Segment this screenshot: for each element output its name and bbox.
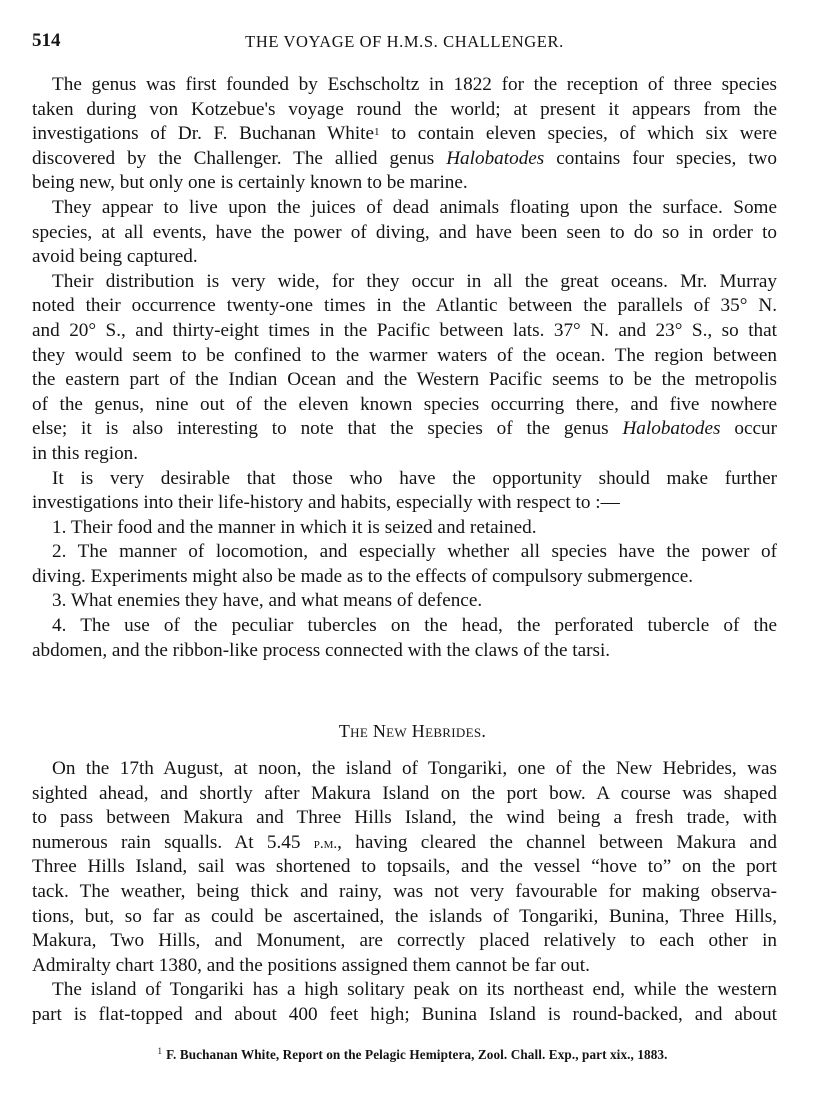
text-line: 2. The manner of locomotion, and especia… xyxy=(32,540,777,565)
list-item: 2. The manner of locomotion, and especia… xyxy=(32,540,777,589)
text-line: species, at all events, have the power o… xyxy=(32,221,777,246)
text-line: else; it is also interesting to note tha… xyxy=(32,417,777,442)
text-line: diving. Experiments might also be made a… xyxy=(32,565,777,590)
text-line: part is flat-topped and about 400 feet h… xyxy=(32,1003,777,1028)
text-run: else; it is also interesting to note tha… xyxy=(32,418,622,439)
list-number: 3. xyxy=(52,590,66,611)
text-line: abdomen, and the ribbon-like process con… xyxy=(32,639,777,664)
text-line: 3. What enemies they have, and what mean… xyxy=(32,589,777,614)
text-line: 1. Their food and the manner in which it… xyxy=(32,516,777,541)
text-line: and 20° S., and thirty-eight times in th… xyxy=(32,319,777,344)
text-line: noted their occurrence twenty-one times … xyxy=(32,294,777,319)
footnote-ref[interactable]: 1 xyxy=(374,126,380,138)
text-line: tions, but, so far as could be ascertain… xyxy=(32,905,777,930)
list-item: 1. Their food and the manner in which it… xyxy=(32,516,777,541)
list-item: 4. The use of the peculiar tubercles on … xyxy=(32,614,777,663)
text-run: investigations of Dr. F. Buchanan White xyxy=(32,123,374,144)
text-line: sighted ahead, and shortly after Makura … xyxy=(32,782,777,807)
paragraph: Their distribution is very wide, for the… xyxy=(32,270,777,467)
section-heading: The New Hebrides. xyxy=(0,721,825,742)
footnote: 1F. Buchanan White, Report on the Pelagi… xyxy=(0,1047,825,1063)
text-line: investigations of Dr. F. Buchanan White1… xyxy=(32,122,777,147)
text-line: Three Hills Island, sail was shortened t… xyxy=(32,855,777,880)
main-text: The genus was first founded by Eschschol… xyxy=(32,73,777,663)
time-suffix: p.m. xyxy=(314,836,337,852)
genus-name: Halobatodes xyxy=(446,148,544,169)
text-line: It is very desirable that those who have… xyxy=(32,467,777,492)
text-run: What enemies they have, and what means o… xyxy=(71,590,482,611)
text-run: The manner of locomotion, and especially… xyxy=(78,541,777,562)
text-line: 4. The use of the peculiar tubercles on … xyxy=(32,614,777,639)
text-run: to contain eleven species, of which six … xyxy=(380,123,777,144)
paragraph: It is very desirable that those who have… xyxy=(32,467,777,516)
text-line: The island of Tongariki has a high solit… xyxy=(32,978,777,1003)
text-line: Their distribution is very wide, for the… xyxy=(32,270,777,295)
text-line: to pass between Makura and Three Hills I… xyxy=(32,806,777,831)
text-run: , having cleared the channel between Mak… xyxy=(337,832,777,853)
text-line: Makura, Two Hills, and Monument, are cor… xyxy=(32,929,777,954)
text-line: avoid being captured. xyxy=(32,245,777,270)
text-line: tack. The weather, being thick and rainy… xyxy=(32,880,777,905)
text-run: numerous rain squalls. At 5.45 xyxy=(32,832,314,853)
paragraph: They appear to live upon the juices of d… xyxy=(32,196,777,270)
list-number: 2. xyxy=(52,541,66,562)
text-run: Their food and the manner in which it is… xyxy=(71,517,537,538)
list-item: 3. What enemies they have, and what mean… xyxy=(32,589,777,614)
text-run: discovered by the Challenger. The allied… xyxy=(32,148,446,169)
list-number: 1. xyxy=(52,517,66,538)
paragraph: On the 17th August, at noon, the island … xyxy=(32,757,777,978)
paragraph: The island of Tongariki has a high solit… xyxy=(32,978,777,1027)
text-line: investigations into their life-history a… xyxy=(32,491,777,516)
text-line: being new, but only one is certainly kno… xyxy=(32,171,777,196)
genus-name: Halobatodes xyxy=(622,418,720,439)
running-title: THE VOYAGE OF H.M.S. CHALLENGER. xyxy=(32,32,777,52)
text-run: The use of the peculiar tubercles on the… xyxy=(80,615,777,636)
text-line: On the 17th August, at noon, the island … xyxy=(32,757,777,782)
numbered-list: 1. Their food and the manner in which it… xyxy=(32,516,777,664)
text-run: contains four species, two xyxy=(544,148,777,169)
footnote-text: F. Buchanan White, Report on the Pelagic… xyxy=(166,1047,667,1062)
text-line: the eastern part of the Indian Ocean and… xyxy=(32,368,777,393)
footnote-marker: 1 xyxy=(157,1046,162,1056)
list-number: 4. xyxy=(52,615,66,636)
text-line: of the genus, nine out of the eleven kno… xyxy=(32,393,777,418)
text-line: taken during von Kotzebue's voyage round… xyxy=(32,98,777,123)
paragraph: The genus was first founded by Eschschol… xyxy=(32,73,777,196)
section-text: On the 17th August, at noon, the island … xyxy=(32,757,777,1028)
text-line: Admiralty chart 1380, and the positions … xyxy=(32,954,777,979)
text-line: discovered by the Challenger. The allied… xyxy=(32,147,777,172)
text-line: They appear to live upon the juices of d… xyxy=(32,196,777,221)
text-line: The genus was first founded by Eschschol… xyxy=(32,73,777,98)
text-line: in this region. xyxy=(32,442,777,467)
page-header: 514 THE VOYAGE OF H.M.S. CHALLENGER. xyxy=(32,30,777,54)
text-run: occur xyxy=(721,418,777,439)
text-line: they would seem to be confined to the wa… xyxy=(32,344,777,369)
text-line: numerous rain squalls. At 5.45 p.m., hav… xyxy=(32,831,777,856)
